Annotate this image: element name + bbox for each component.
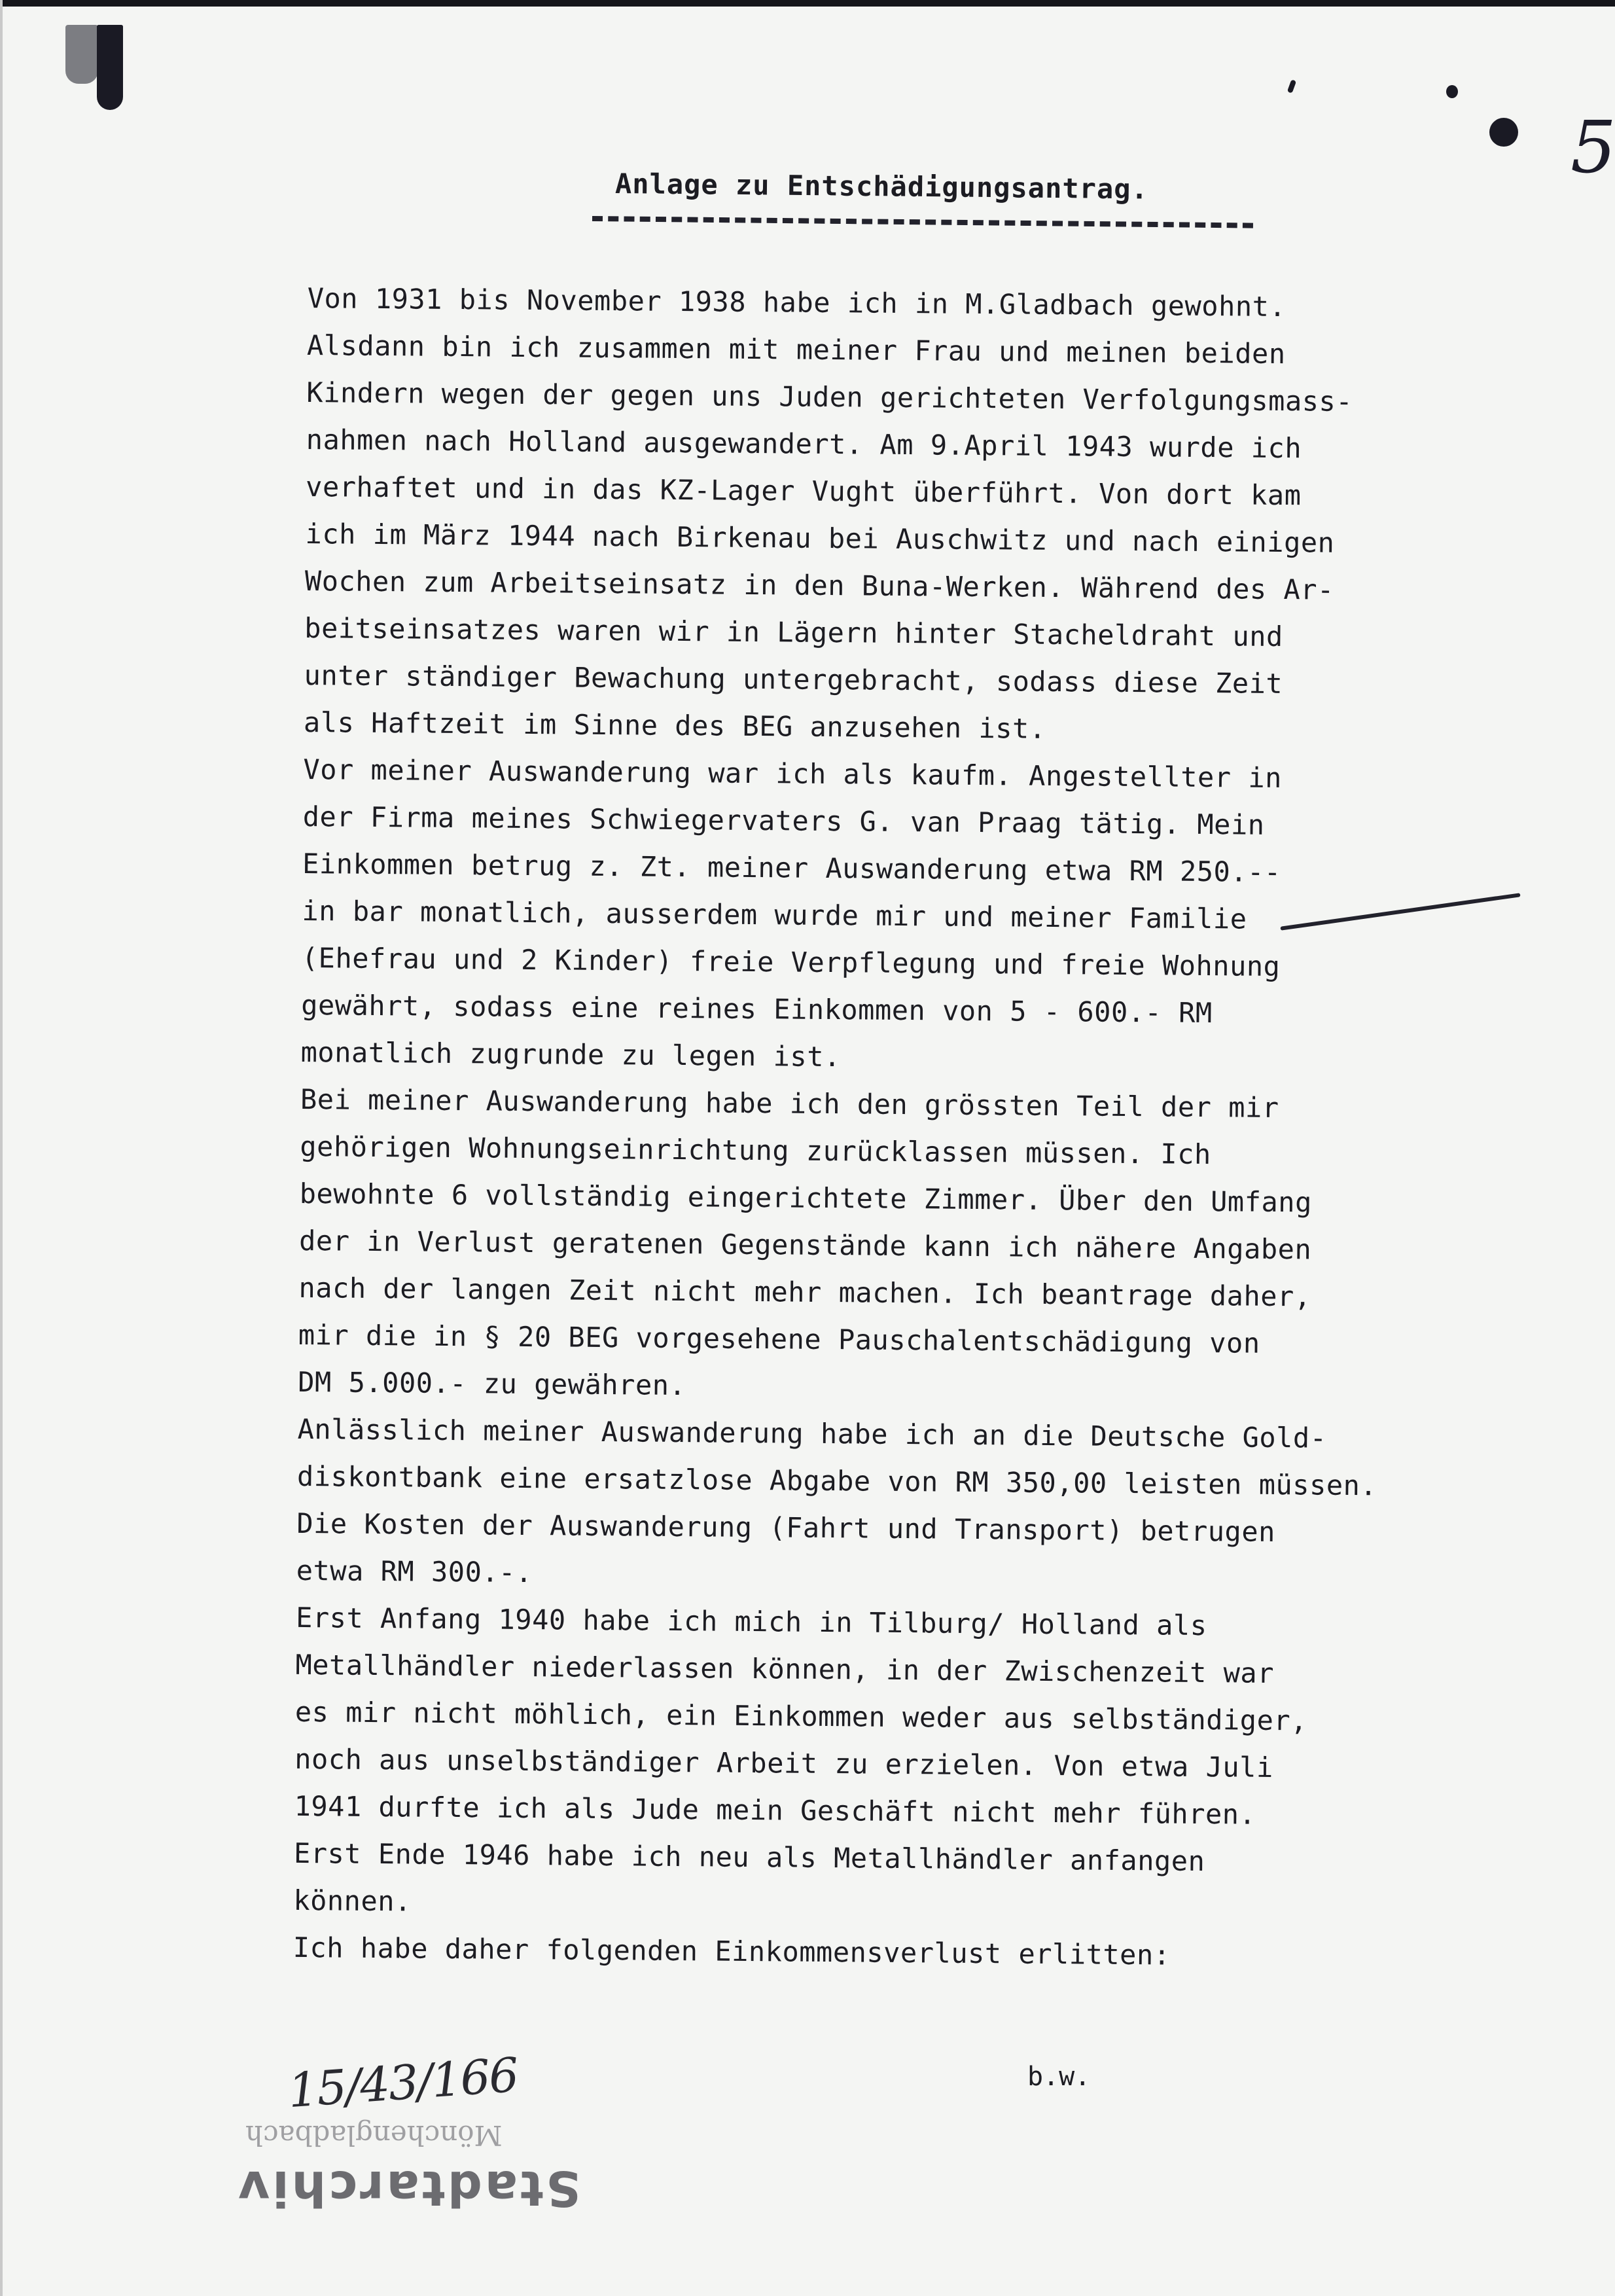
archive-stamp-city: Mönchengladbach — [245, 2119, 503, 2151]
scan-left-edge — [0, 0, 3, 2296]
ink-blot — [97, 25, 123, 110]
document-body: Von 1931 bis November 1938 habe ich in M… — [293, 275, 1603, 1982]
title-underline — [592, 216, 1253, 228]
ink-blot — [1446, 85, 1458, 98]
ink-blot — [65, 25, 98, 84]
handwritten-page-number: 5 — [1571, 111, 1615, 183]
archive-stamp-name: Stadtarchiv — [236, 2160, 581, 2216]
ink-blot — [1489, 118, 1518, 147]
document-title: Anlage zu Entschädigungsantrag. — [615, 168, 1148, 206]
handwritten-file-reference: 15/43/166 — [286, 2047, 519, 2118]
scan-top-edge — [0, 0, 1615, 7]
ink-blot — [1287, 79, 1296, 94]
continuation-note: b.w. — [1027, 2062, 1090, 2092]
